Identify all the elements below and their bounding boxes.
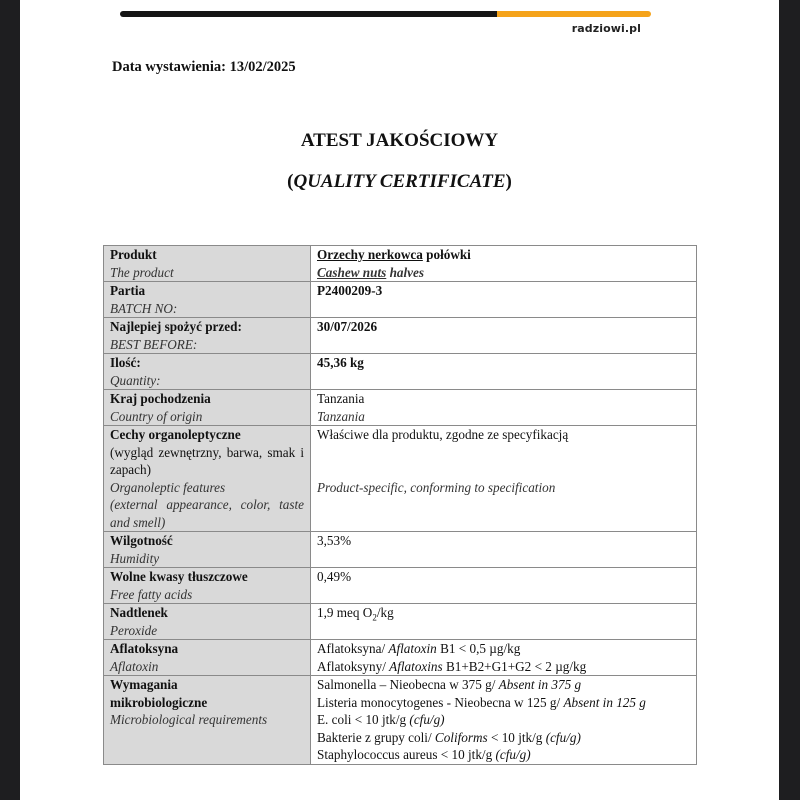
label-pl: Nadtlenek bbox=[110, 604, 304, 622]
label-cell: Partia BATCH NO: bbox=[104, 282, 311, 318]
micro-salmonella: Salmonella – Nieobecna w 375 g/ Absent i… bbox=[317, 676, 690, 694]
label-cell: Cechy organoleptyczne (wygląd zewnętrzny… bbox=[104, 426, 311, 532]
quantity-value: 45,36 kg bbox=[317, 354, 690, 372]
label-cell: Nadtlenek Peroxide bbox=[104, 604, 311, 640]
humidity-value: 3,53% bbox=[317, 532, 690, 550]
label-en: Free fatty acids bbox=[110, 586, 304, 604]
value-cell: 30/07/2026 bbox=[311, 318, 697, 354]
origin-en: Tanzania bbox=[317, 408, 690, 426]
label-pl-detail: (wygląd zewnętrzny, barwa, smak i zapach… bbox=[110, 444, 304, 479]
label-cell: Ilość: Quantity: bbox=[104, 354, 311, 390]
best-before-date: 30/07/2026 bbox=[317, 318, 690, 336]
document-title: ATEST JAKOŚCIOWY bbox=[20, 130, 779, 152]
subtitle-close-paren: ) bbox=[506, 171, 512, 192]
table-row-quantity: Ilość: Quantity: 45,36 kg bbox=[104, 354, 697, 390]
label-en: Aflatoxin bbox=[110, 658, 304, 676]
subtitle-text: QUALITY CERTIFICATE bbox=[293, 171, 505, 192]
label-en: Organoleptic features bbox=[110, 479, 304, 497]
label-cell: Najlepiej spożyć przed: BEST BEFORE: bbox=[104, 318, 311, 354]
value-cell: 3,53% bbox=[311, 532, 697, 568]
label-cell: Produkt The product bbox=[104, 246, 311, 282]
label-cell: Aflatoksyna Aflatoxin bbox=[104, 640, 311, 676]
label-pl: Produkt bbox=[110, 246, 304, 264]
label-cell: Wolne kwasy tłuszczowe Free fatty acids bbox=[104, 568, 311, 604]
label-en-detail: (external appearance, color, taste and s… bbox=[110, 496, 304, 531]
label-cell: Wymagania mikrobiologiczne Microbiologic… bbox=[104, 676, 311, 765]
certificate-table: Produkt The product Orzechy nerkowca poł… bbox=[103, 245, 697, 765]
value-cell: Właściwe dla produktu, zgodne ze specyfi… bbox=[311, 426, 697, 532]
label-en: Microbiological requirements bbox=[110, 711, 304, 729]
origin-pl: Tanzania bbox=[317, 390, 690, 408]
issue-date: Data wystawienia: 13/02/2025 bbox=[112, 59, 296, 76]
micro-ecoli: E. coli < 10 jtk/g (cfu/g) bbox=[317, 711, 690, 729]
value-cell: Orzechy nerkowca połówki Cashew nuts hal… bbox=[311, 246, 697, 282]
brand-logo: radziowi.pl bbox=[572, 22, 641, 35]
label-en: BATCH NO: bbox=[110, 300, 304, 318]
value-cell: P2400209-3 bbox=[311, 282, 697, 318]
label-en: The product bbox=[110, 264, 304, 282]
table-row-aflatoxin: Aflatoksyna Aflatoxin Aflatoksyna/ Aflat… bbox=[104, 640, 697, 676]
label-pl: Cechy organoleptyczne bbox=[110, 426, 304, 444]
peroxide-value: 1,9 meq O2/kg bbox=[317, 604, 690, 627]
table-row-microbiological: Wymagania mikrobiologiczne Microbiologic… bbox=[104, 676, 697, 765]
product-name-en: Cashew nuts bbox=[317, 265, 386, 280]
value-cell: 0,49% bbox=[311, 568, 697, 604]
label-pl-2: mikrobiologiczne bbox=[110, 694, 304, 712]
table-row-batch: Partia BATCH NO: P2400209-3 bbox=[104, 282, 697, 318]
label-en: Humidity bbox=[110, 550, 304, 568]
label-cell: Wilgotność Humidity bbox=[104, 532, 311, 568]
table-row-origin: Kraj pochodzenia Country of origin Tanza… bbox=[104, 390, 697, 426]
label-en: Quantity: bbox=[110, 372, 304, 390]
label-pl: Wilgotność bbox=[110, 532, 304, 550]
value-cell: Salmonella – Nieobecna w 375 g/ Absent i… bbox=[311, 676, 697, 765]
value-cell: Aflatoksyna/ Aflatoxin B1 < 0,5 µg/kg Af… bbox=[311, 640, 697, 676]
organoleptic-pl: Właściwe dla produktu, zgodne ze specyfi… bbox=[317, 426, 690, 444]
micro-listeria: Listeria monocytogenes - Nieobecna w 125… bbox=[317, 694, 690, 712]
micro-staphylococcus: Staphylococcus aureus < 10 jtk/g (cfu/g) bbox=[317, 746, 690, 764]
table-row-ffa: Wolne kwasy tłuszczowe Free fatty acids … bbox=[104, 568, 697, 604]
header-bar-accent bbox=[497, 11, 651, 17]
label-cell: Kraj pochodzenia Country of origin bbox=[104, 390, 311, 426]
batch-number: P2400209-3 bbox=[317, 282, 690, 300]
document-subtitle: (QUALITY CERTIFICATE) bbox=[20, 171, 779, 193]
ffa-value: 0,49% bbox=[317, 568, 690, 586]
label-pl: Wymagania bbox=[110, 676, 304, 694]
value-cell: 1,9 meq O2/kg bbox=[311, 604, 697, 640]
table-row-organoleptic: Cechy organoleptyczne (wygląd zewnętrzny… bbox=[104, 426, 697, 532]
value-cell: 45,36 kg bbox=[311, 354, 697, 390]
table-row-peroxide: Nadtlenek Peroxide 1,9 meq O2/kg bbox=[104, 604, 697, 640]
table-row-product: Produkt The product Orzechy nerkowca poł… bbox=[104, 246, 697, 282]
product-name-en-rest: halves bbox=[386, 265, 424, 280]
label-en: Country of origin bbox=[110, 408, 304, 426]
label-pl: Partia bbox=[110, 282, 304, 300]
label-pl: Aflatoksyna bbox=[110, 640, 304, 658]
aflatoxin-b1: Aflatoksyna/ Aflatoxin B1 < 0,5 µg/kg bbox=[317, 640, 690, 658]
table-row-best-before: Najlepiej spożyć przed: BEST BEFORE: 30/… bbox=[104, 318, 697, 354]
document-page: radziowi.pl Data wystawienia: 13/02/2025… bbox=[20, 0, 779, 800]
label-en: BEST BEFORE: bbox=[110, 336, 304, 354]
micro-coliforms: Bakterie z grupy coli/ Coliforms < 10 jt… bbox=[317, 729, 690, 747]
product-name-pl-rest: połówki bbox=[423, 247, 471, 262]
header-bar-dark bbox=[120, 11, 500, 17]
product-name-pl: Orzechy nerkowca bbox=[317, 247, 423, 262]
organoleptic-en: Product-specific, conforming to specific… bbox=[317, 479, 690, 497]
aflatoxin-total: Aflatoksyny/ Aflatoxins B1+B2+G1+G2 < 2 … bbox=[317, 658, 690, 676]
table-row-humidity: Wilgotność Humidity 3,53% bbox=[104, 532, 697, 568]
label-pl: Kraj pochodzenia bbox=[110, 390, 304, 408]
label-pl: Ilość: bbox=[110, 354, 304, 372]
value-cell: Tanzania Tanzania bbox=[311, 390, 697, 426]
label-pl: Najlepiej spożyć przed: bbox=[110, 318, 304, 336]
label-en: Peroxide bbox=[110, 622, 304, 640]
label-pl: Wolne kwasy tłuszczowe bbox=[110, 568, 304, 586]
